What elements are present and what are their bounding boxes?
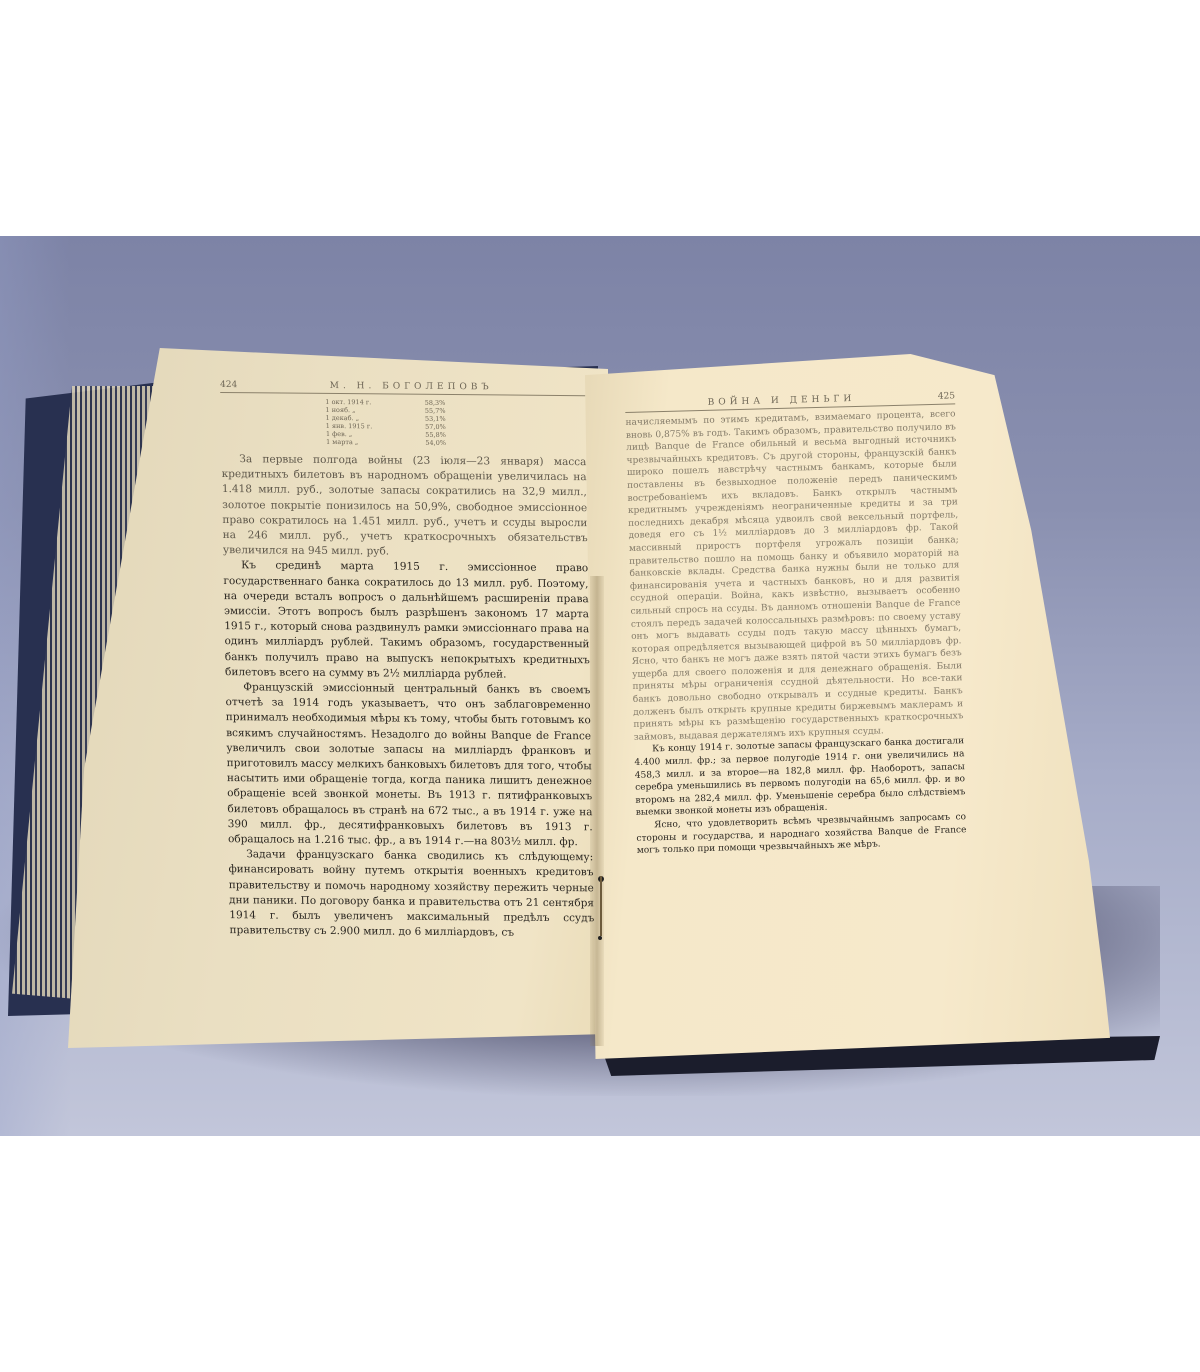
- paragraph: Задачи французскаго банка сводились къ с…: [228, 847, 595, 941]
- paragraph: начисляемымъ по этимъ кредитамъ, взимаем…: [625, 408, 963, 744]
- left-page-text: 424 М. Н. БОГОЛЕПОВЪ 1 окт. 1914 г.58,3%…: [220, 380, 595, 942]
- paragraph: Къ концу 1914 г. золотые запасы французс…: [634, 736, 966, 820]
- left-running-head: 424 М. Н. БОГОЛЕПОВЪ: [220, 380, 585, 396]
- book-photograph: [0, 236, 1200, 1136]
- running-head-title: М. Н. БОГОЛЕПОВЪ: [330, 381, 493, 392]
- paragraph: Къ срединѣ марта 1915 г. эмиссіонное пра…: [223, 558, 590, 683]
- gold-cover-table: 1 окт. 1914 г.58,3% 1 нояб. „55,7% 1 дек…: [325, 398, 586, 448]
- page-number: 425: [938, 391, 955, 401]
- paragraph: За первые полгода войны (23 іюля—23 янва…: [221, 452, 588, 562]
- right-page-text: ВОЙНА И ДЕНЬГИ 425 начисляемымъ по этимъ…: [625, 391, 967, 857]
- stitch-hole: [598, 936, 602, 940]
- binding-thread: [600, 876, 602, 936]
- paragraph: Французскій эмиссіонный центральный банк…: [225, 680, 593, 850]
- page-number: 424: [220, 380, 237, 390]
